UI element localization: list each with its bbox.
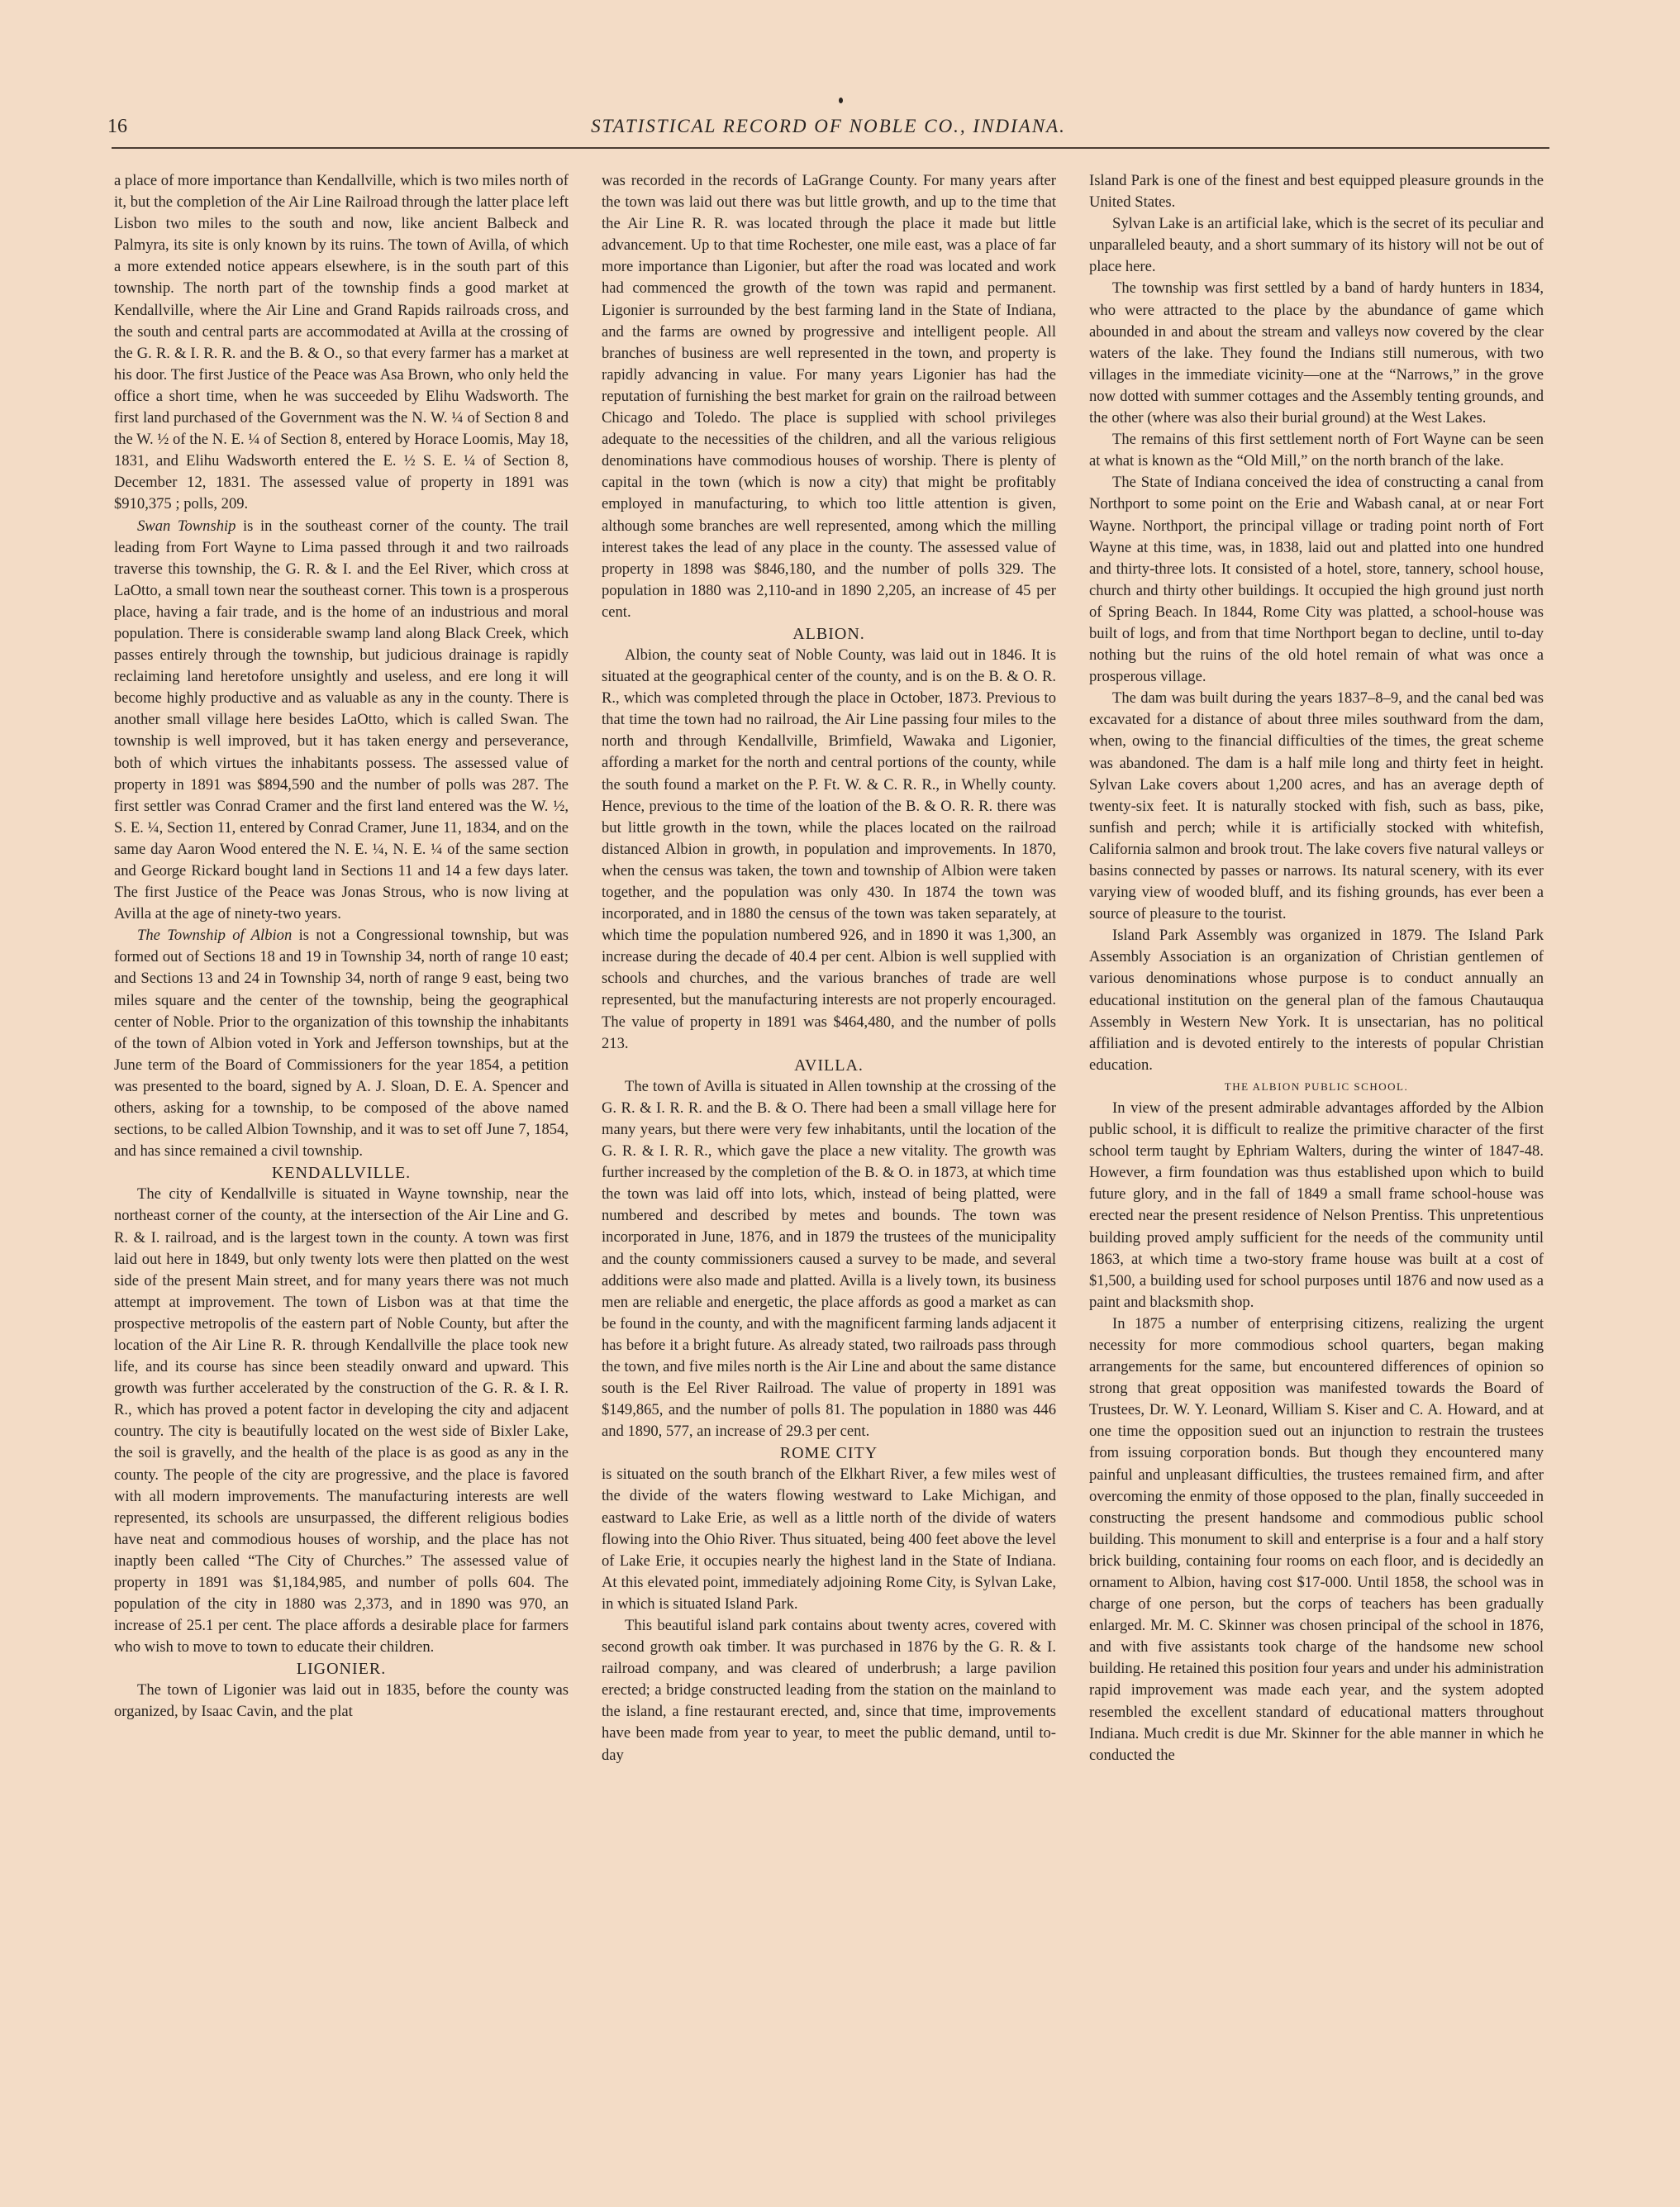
paragraph: The State of Indiana conceived the idea …	[1089, 472, 1544, 688]
printing-speck	[839, 98, 843, 103]
paragraph-text: is not a Congressional township, but was…	[114, 927, 569, 1160]
paragraph: was recorded in the records of LaGrange …	[602, 170, 1056, 623]
paragraph: a place of more importance than Kendallv…	[114, 170, 569, 516]
section-heading: LIGONIER.	[114, 1658, 569, 1680]
section-heading: ALBION.	[602, 623, 1056, 645]
section-heading: THE ALBION PUBLIC SCHOOL.	[1089, 1076, 1544, 1098]
column-1: a place of more importance than Kendallv…	[114, 170, 569, 1766]
paragraph: The Township of Albion is not a Congress…	[114, 925, 569, 1162]
paragraph: In 1875 a number of enterprising citizen…	[1089, 1313, 1544, 1766]
text-columns: a place of more importance than Kendallv…	[114, 170, 1552, 1766]
header-rule	[112, 147, 1549, 149]
section-heading: ROME CITY	[602, 1442, 1056, 1464]
italic-lead: Swan Township	[137, 517, 236, 535]
paragraph: Sylvan Lake is an artificial lake, which…	[1089, 213, 1544, 278]
paragraph: Island Park is one of the finest and bes…	[1089, 170, 1544, 213]
paragraph: The city of Kendallville is situated in …	[114, 1184, 569, 1658]
paragraph: In view of the present admirable advanta…	[1089, 1098, 1544, 1313]
paragraph: This beautiful island park contains abou…	[602, 1615, 1056, 1766]
column-3: Island Park is one of the finest and bes…	[1089, 170, 1544, 1766]
paragraph: The township was first settled by a band…	[1089, 278, 1544, 429]
paragraph: The town of Ligonier was laid out in 183…	[114, 1680, 569, 1723]
paragraph: Albion, the county seat of Noble County,…	[602, 645, 1056, 1055]
paragraph: The remains of this first settlement nor…	[1089, 429, 1544, 472]
paragraph: Swan Township is in the southeast corner…	[114, 516, 569, 926]
paragraph-text: is in the southeast corner of the county…	[114, 517, 569, 923]
column-2: was recorded in the records of LaGrange …	[602, 170, 1056, 1766]
paragraph: The town of Avilla is situated in Allen …	[602, 1076, 1056, 1443]
page-header: 16 STATISTICAL RECORD OF NOBLE CO., INDI…	[107, 116, 1549, 149]
section-heading: KENDALLVILLE.	[114, 1162, 569, 1184]
paragraph: The dam was built during the years 1837–…	[1089, 688, 1544, 925]
italic-lead: The Township of Albion	[137, 927, 292, 944]
paragraph: Island Park Assembly was organized in 18…	[1089, 925, 1544, 1076]
paragraph: is situated on the south branch of the E…	[602, 1464, 1056, 1615]
section-heading: AVILLA.	[602, 1055, 1056, 1076]
running-title: STATISTICAL RECORD OF NOBLE CO., INDIANA…	[107, 116, 1549, 137]
